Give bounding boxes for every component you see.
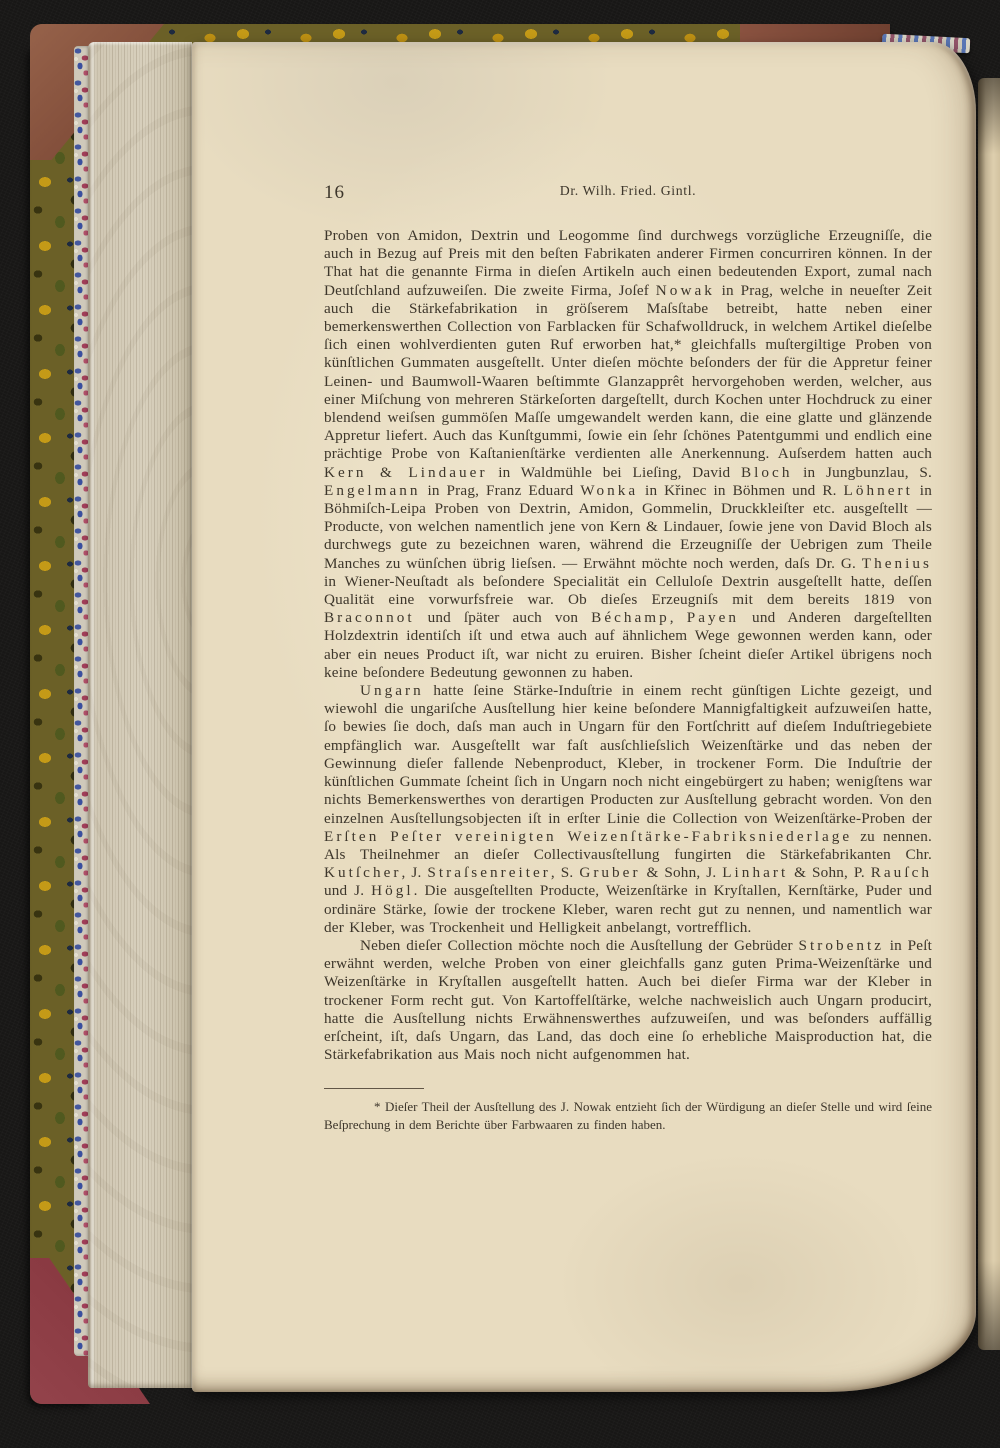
spaced-name: Braconnot <box>324 609 415 626</box>
facing-page-edge <box>978 78 1000 1350</box>
spaced-name: Ungarn <box>360 682 424 699</box>
page-edges-stack <box>88 42 192 1388</box>
page-header: 16 Dr. Wilh. Fried. Gintl. <box>324 176 932 202</box>
book-scan-photo: 16 Dr. Wilh. Fried. Gintl. Proben von Am… <box>0 0 1000 1448</box>
spaced-name: Högl <box>371 882 414 899</box>
spaced-name: Rauſch <box>871 864 932 881</box>
text-block: 16 Dr. Wilh. Fried. Gintl. Proben von Am… <box>324 176 932 1147</box>
spaced-name: Kern & Lindauer <box>324 464 488 481</box>
spaced-name: Löhnert <box>844 482 913 499</box>
footnote-rule <box>324 1088 424 1089</box>
spaced-name: Wonka <box>580 482 638 499</box>
spaced-name: Kutſcher <box>324 864 401 881</box>
page-body: Proben von Amidon, Dextrin und Leogomme … <box>324 227 932 1064</box>
body-paragraph-2: Ungarn hatte ſeine Stärke-Induſtrie in e… <box>324 682 932 937</box>
spaced-name: Payen <box>687 609 739 626</box>
spaced-name: Strobentz <box>799 937 885 954</box>
spaced-name: Engelmann <box>324 482 421 499</box>
spaced-name: Erſten Peſter vereinigten Weizenſtärke-F… <box>324 828 852 845</box>
body-paragraph-1: Proben von Amidon, Dextrin und Leogomme … <box>324 227 932 682</box>
spaced-name: Gruber <box>579 864 640 881</box>
spaced-name: Straſsenreiter <box>427 864 551 881</box>
spaced-name: Nowak <box>656 282 715 299</box>
body-paragraph-3: Neben dieſer Collection möchte noch die … <box>324 937 932 1064</box>
book-page: 16 Dr. Wilh. Fried. Gintl. Proben von Am… <box>192 42 976 1392</box>
running-header: Dr. Wilh. Fried. Gintl. <box>324 176 932 199</box>
spaced-name: Linhart <box>722 864 788 881</box>
spaced-name: Béchamp <box>591 609 670 626</box>
footnote: * Dieſer Theil der Ausſtellung des J. No… <box>324 1098 932 1133</box>
page-number: 16 <box>324 182 345 204</box>
spaced-name: Bloch <box>741 464 792 481</box>
spaced-name: Thenius <box>862 555 932 572</box>
